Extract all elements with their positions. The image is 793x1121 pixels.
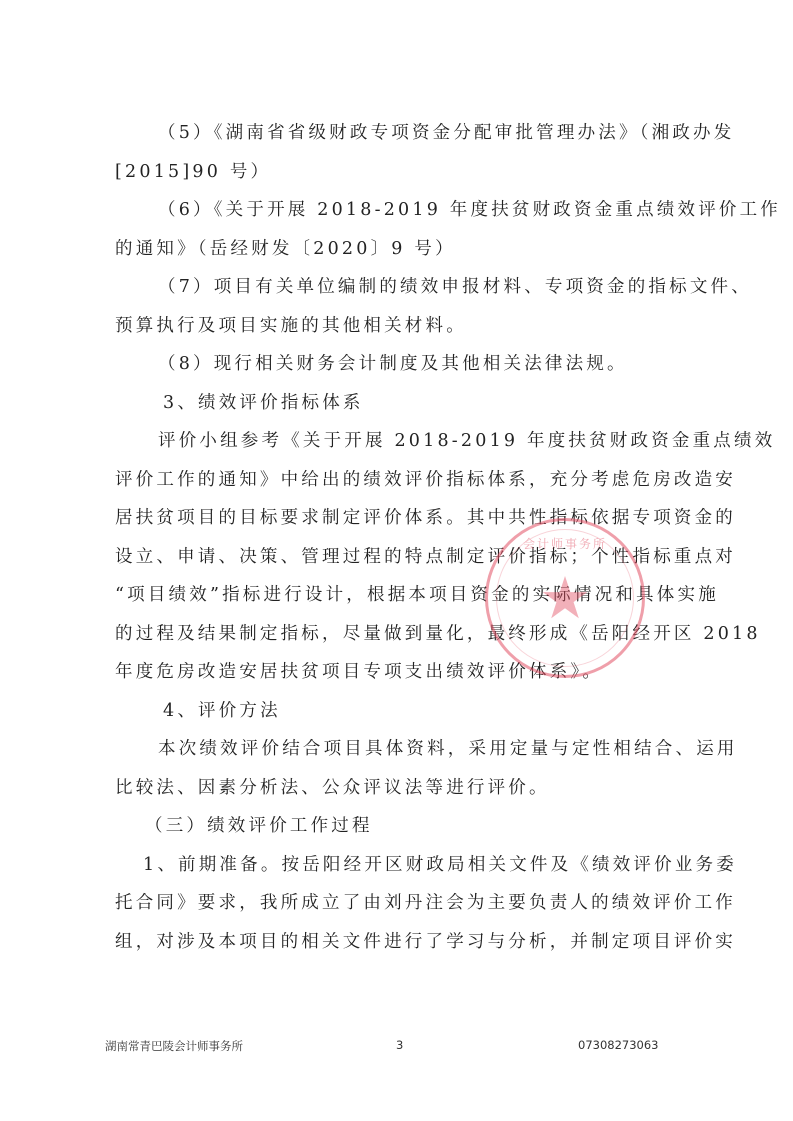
paragraph-line: 托合同》要求，我所成立了由刘丹注会为主要负责人的绩效评价工作 [115,892,685,914]
paragraph-line: 组，对涉及本项目的相关文件进行了学习与分析，并制定项目评价实 [115,931,685,953]
paragraph-line: “项目绩效”指标进行设计，根据本项目资金的实际情况和具体实施 [115,584,685,606]
ref-item-7-cont: 预算执行及项目实施的其他相关材料。 [115,315,685,337]
paragraph-line: 比较法、因素分析法、公众评议法等进行评价。 [115,777,685,799]
section-heading-3: 3、绩效评价指标体系 [163,392,733,414]
footer-page-number: 3 [396,1038,403,1052]
paragraph-line: 评价小组参考《关于开展 2018-2019 年度扶贫财政资金重点绩效 [158,430,685,452]
section-heading-4: 4、评价方法 [163,700,733,722]
paragraph-line: 评价工作的通知》中给出的绩效评价指标体系，充分考虑危房改造安 [115,469,685,491]
paragraph-line: 居扶贫项目的目标要求制定评价体系。其中共性指标依据专项资金的 [115,507,685,529]
paragraph-line: 的过程及结果制定指标，尽量做到量化，最终形成《岳阳经开区 2018 [115,623,685,645]
ref-item-8: （8）现行相关财务会计制度及其他相关法律法规。 [158,353,685,375]
ref-item-5: （5）《湖南省省级财政专项资金分配审批管理办法》（湘政办发 [158,122,685,144]
paragraph-line: 本次绩效评价结合项目具体资料，采用定量与定性相结合、运用 [158,738,685,760]
document-page: （5）《湖南省省级财政专项资金分配审批管理办法》（湘政办发 [2015]90 号… [0,0,793,1121]
footer-phone: 07308273063 [578,1038,658,1052]
footer-firm-name: 湖南常青巴陵会计师事务所 [105,1038,243,1054]
ref-item-6-cont: 的通知》（岳经财发〔2020〕9 号） [115,238,685,260]
ref-item-6: （6）《关于开展 2018-2019 年度扶贫财政资金重点绩效评价工作 [158,199,685,221]
ref-item-5-cont: [2015]90 号） [115,161,685,183]
paragraph-line: 年度危房改造安居扶贫项目专项支出绩效评价体系》。 [115,661,685,683]
paragraph-line: 1、前期准备。按岳阳经开区财政局相关文件及《绩效评价业务委 [143,854,670,876]
ref-item-7: （7）项目有关单位编制的绩效申报材料、专项资金的指标文件、 [158,276,685,298]
section-heading-process: （三）绩效评价工作过程 [145,815,715,837]
paragraph-line: 设立、申请、决策、管理过程的特点制定评价指标；个性指标重点对 [115,546,685,568]
